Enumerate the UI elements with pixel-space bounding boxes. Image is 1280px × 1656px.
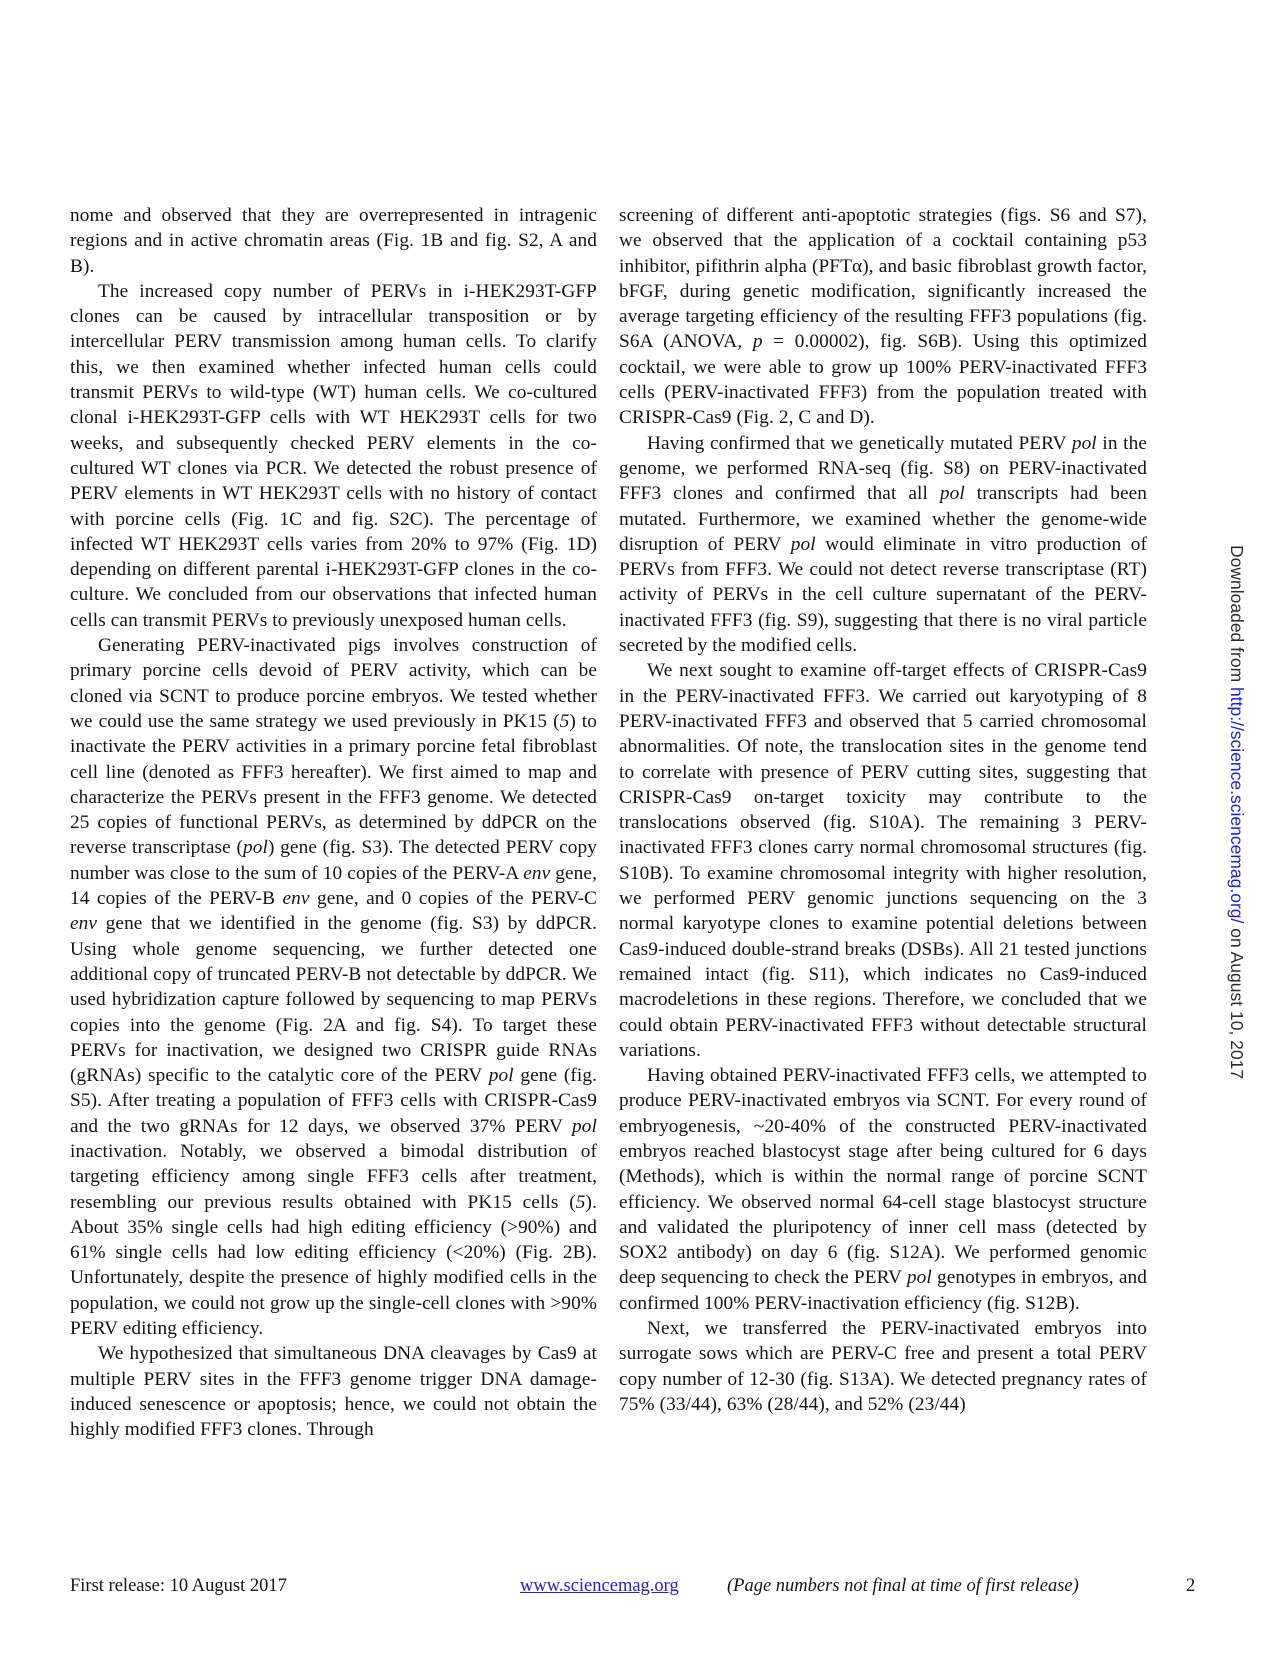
footer-site-link[interactable]: www.sciencemag.org [520, 1576, 679, 1597]
italic-text-run: env [282, 888, 309, 909]
text-run: Having obtained PERV-inactivated FFF3 ce… [619, 1065, 1147, 1288]
italic-text-run: env [523, 863, 550, 884]
left-column: nome and observed that they are overrepr… [70, 203, 597, 1443]
page: { "page": { "colors": { "link": "#2222cc… [0, 0, 1280, 1656]
footer-page-note: (Page numbers not final at time of first… [727, 1576, 1079, 1597]
italic-text-run: pol [791, 534, 816, 555]
paragraph: We next sought to examine off-target eff… [619, 658, 1147, 1063]
italic-text-run: 5 [560, 711, 570, 732]
paragraph: Generating PERV-inactivated pigs involve… [70, 633, 597, 1341]
watermark-suffix: on August 10, 2017 [1227, 923, 1247, 1079]
paragraph: screening of different anti-apoptotic st… [619, 203, 1147, 431]
watermark-prefix: Downloaded from [1227, 545, 1247, 687]
italic-text-run: pol [572, 1116, 597, 1137]
paragraph: Having obtained PERV-inactivated FFF3 ce… [619, 1063, 1147, 1316]
text-run: The increased copy number of PERVs in i-… [70, 281, 597, 631]
text-run: Having confirmed that we genetically mut… [647, 433, 1072, 454]
italic-text-run: pol [907, 1267, 932, 1288]
paragraph: nome and observed that they are overrepr… [70, 203, 597, 279]
paragraph: Having confirmed that we genetically mut… [619, 431, 1147, 659]
text-run: Generating PERV-inactivated pigs involve… [70, 635, 597, 732]
italic-text-run: pol [1072, 433, 1097, 454]
italic-text-run: env [70, 913, 97, 934]
text-run: Next, we transferred the PERV-inactivate… [619, 1318, 1147, 1415]
italic-text-run: pol [940, 483, 965, 504]
paragraph: The increased copy number of PERVs in i-… [70, 279, 597, 633]
text-run: gene, and 0 copies of the PERV-C [310, 888, 597, 909]
footer-page-number: 2 [1186, 1576, 1195, 1597]
footer: First release: 10 August 2017 www.scienc… [0, 1576, 1280, 1606]
text-run: ). About 35% single cells had high editi… [70, 1192, 597, 1339]
text-run: inactivation. Notably, we observed a bim… [70, 1141, 597, 1213]
text-run: We hypothesized that simultaneous DNA cl… [70, 1343, 597, 1440]
paragraph: Next, we transferred the PERV-inactivate… [619, 1316, 1147, 1417]
watermark-url-link[interactable]: http://science.sciencemag.org/ [1227, 687, 1247, 923]
italic-text-run: 5 [576, 1192, 586, 1213]
italic-text-run: pol [243, 837, 268, 858]
paragraph: We hypothesized that simultaneous DNA cl… [70, 1341, 597, 1442]
italic-text-run: p [753, 331, 763, 352]
italic-text-run: pol [489, 1065, 514, 1086]
download-watermark-text: Downloaded from http://science.sciencema… [1226, 545, 1247, 1079]
text-run: gene that we identified in the genome (f… [70, 913, 597, 1086]
right-column: screening of different anti-apoptotic st… [619, 203, 1147, 1417]
text-run: We next sought to examine off-target eff… [619, 660, 1147, 1060]
footer-release-date: First release: 10 August 2017 [70, 1576, 287, 1597]
text-run: nome and observed that they are overrepr… [70, 205, 597, 277]
